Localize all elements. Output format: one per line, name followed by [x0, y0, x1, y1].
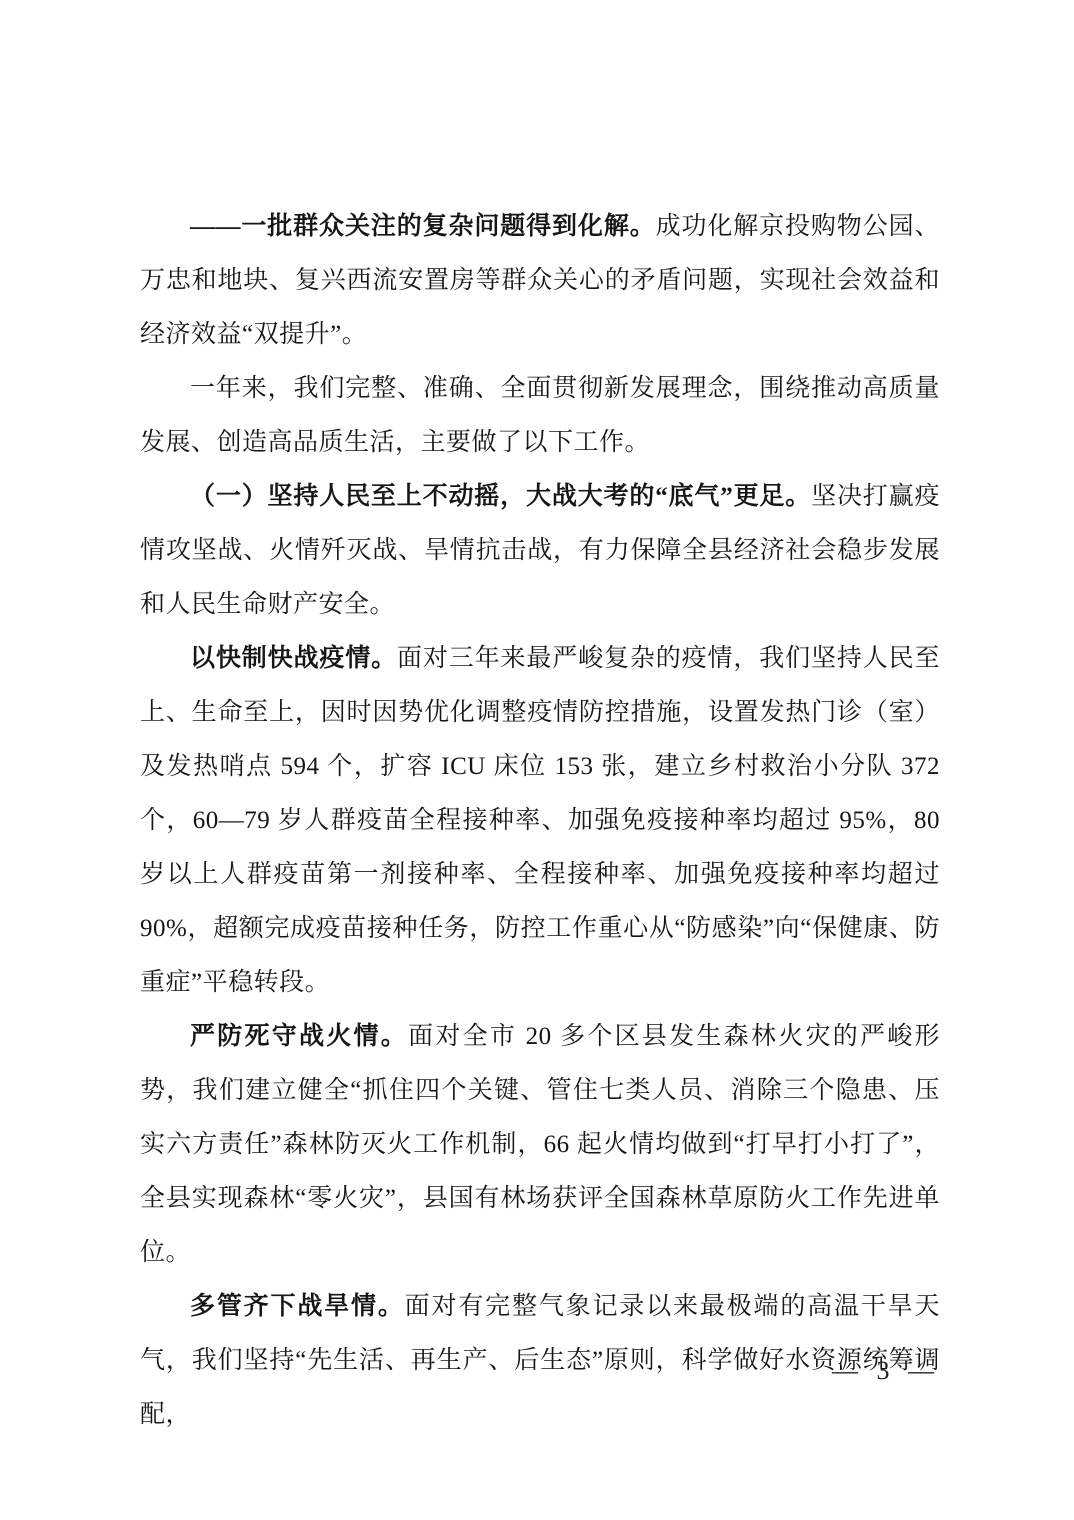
paragraph-section-one-heading: （一）坚持人民至上不动摇，大战大考的“底气”更足。坚决打赢疫情攻坚战、火情歼灭战…: [140, 470, 940, 632]
paragraph-year-summary: 一年来，我们完整、准确、全面贯彻新发展理念，围绕推动高质量发展、创造高品质生活，…: [140, 362, 940, 470]
paragraph-lead: 以快制快战疫情。: [190, 645, 397, 672]
paragraph-text: 一年来，我们完整、准确、全面贯彻新发展理念，围绕推动高质量发展、创造高品质生活，…: [140, 375, 940, 456]
paragraph-text: 面对全市 20 多个区县发生森林火灾的严峻形势，我们建立健全“抓住四个关键、管住…: [140, 1023, 940, 1266]
paragraph-lead: （一）坚持人民至上不动摇，大战大考的“底气”更足。: [190, 483, 811, 510]
paragraph-drought: 多管齐下战旱情。面对有完整气象记录以来最极端的高温干旱天气，我们坚持“先生活、再…: [140, 1280, 940, 1442]
paragraph-lead: 严防死守战火情。: [190, 1023, 408, 1050]
document-body: ——一批群众关注的复杂问题得到化解。成功化解京投购物公园、万忠和地块、复兴西流安…: [140, 200, 940, 1442]
paragraph-problems-resolved: ——一批群众关注的复杂问题得到化解。成功化解京投购物公园、万忠和地块、复兴西流安…: [140, 200, 940, 362]
paragraph-fire-prevention: 严防死守战火情。面对全市 20 多个区县发生森林火灾的严峻形势，我们建立健全“抓…: [140, 1010, 940, 1280]
paragraph-text: 面对三年来最严峻复杂的疫情，我们坚持人民至上、生命至上，因时因势优化调整疫情防控…: [140, 645, 940, 996]
paragraph-lead: 多管齐下战旱情。: [190, 1293, 405, 1320]
page-number: — 3 —: [832, 1356, 940, 1386]
document-page: ——一批群众关注的复杂问题得到化解。成功化解京投购物公园、万忠和地块、复兴西流安…: [0, 0, 1074, 1520]
paragraph-lead: ——一批群众关注的复杂问题得到化解。: [190, 213, 656, 240]
paragraph-epidemic: 以快制快战疫情。面对三年来最严峻复杂的疫情，我们坚持人民至上、生命至上，因时因势…: [140, 632, 940, 1010]
